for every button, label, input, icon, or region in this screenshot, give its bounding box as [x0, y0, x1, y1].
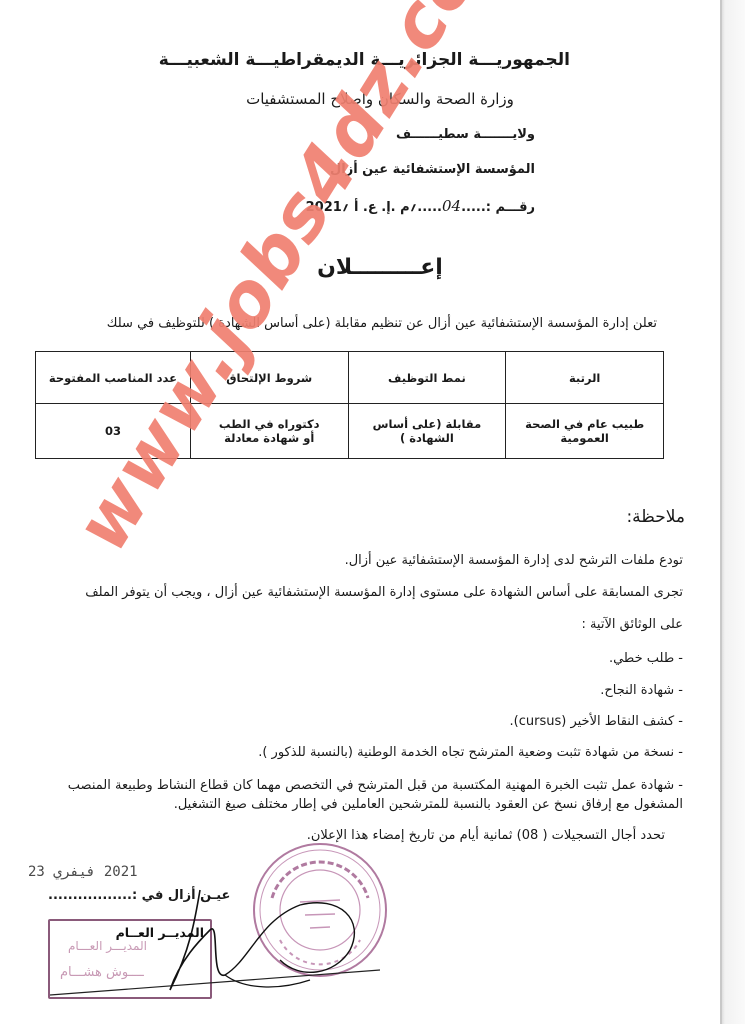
cell-recruitment-mode: مقابلة (على أساس الشهادة ): [348, 404, 506, 459]
note-heading: ملاحظة:: [626, 507, 685, 527]
date-stamp: 2021 فيفري 23: [28, 864, 138, 880]
document-item-work-certificate-cont: المشغول مع إرفاق نسخ عن العقود بالنسبة ل…: [174, 797, 683, 812]
cell-open-positions: 03: [36, 404, 191, 459]
note-paragraph-3: على الوثائق الآتية :: [581, 617, 683, 632]
institution-label: المؤسسة الإستشفائية عين أزال: [330, 162, 535, 177]
watermark: www.jobs4dz.com: [59, 0, 537, 566]
cell-grade: طبيب عام في الصحة العمومية: [506, 404, 664, 459]
document-item-work-certificate: - شهادة عمل تثبت الخبرة المهنية المكتسبة…: [68, 778, 683, 793]
ministry-header: وزارة الصحة والسكان واصلاح المستشفيات: [190, 90, 570, 108]
conditions-line-2: أو شهادة معادلة: [192, 431, 347, 445]
table-header-row: الرتبة نمط التوظيف شروط الإلتحاق عدد الم…: [36, 352, 664, 404]
note-paragraph-1: تودع ملفات الترشح لدى إدارة المؤسسة الإس…: [345, 553, 683, 568]
header-grade: الرتبة: [506, 352, 664, 404]
announcement-intro: تعلن إدارة المؤسسة الإستشفائية عين أزال …: [107, 316, 657, 331]
document-item-military-service: - نسخة من شهادة تثبت وضعية المترشح تجاه …: [258, 745, 683, 760]
reference-prefix: رقـــم :.....: [461, 200, 535, 215]
reference-handwritten: 04: [442, 197, 461, 215]
wilaya-label: ولايـــــــة سطيــــــف: [396, 127, 535, 142]
reference-number: رقـــم :.....04.....؍م .إ. ع. أ ؍2021: [306, 197, 535, 215]
document-item-written-request: - طلب خطي.: [609, 651, 683, 666]
header-conditions: شروط الإلتحاق: [190, 352, 348, 404]
note-paragraph-2: تجرى المسابقة على أساس الشهادة على مستوى…: [85, 585, 683, 600]
table-row: طبيب عام في الصحة العمومية مقابلة (على أ…: [36, 404, 664, 459]
announcement-title: إعـــــــــلان: [250, 255, 510, 280]
conditions-line-1: دكتوراه في الطب: [192, 417, 347, 431]
header-open-positions: عدد المناصب المفتوحة: [36, 352, 191, 404]
reference-suffix: .....؍م .إ. ع. أ ؍2021: [306, 200, 442, 215]
page-edge: [721, 0, 745, 1024]
republic-header: الجمهوريـــة الجزائريـــة الديمقراطيـــة…: [190, 50, 570, 70]
document-item-transcript: - كشف النقاط الأخير (cursus).: [510, 714, 684, 729]
document-item-success-certificate: - شهادة النجاح.: [600, 683, 683, 698]
page-edge-shadow: [720, 0, 722, 1024]
signature-icon: [50, 880, 380, 1000]
positions-table: الرتبة نمط التوظيف شروط الإلتحاق عدد الم…: [35, 351, 664, 459]
header-recruitment-mode: نمط التوظيف: [348, 352, 506, 404]
cell-conditions: دكتوراه في الطب أو شهادة معادلة: [190, 404, 348, 459]
